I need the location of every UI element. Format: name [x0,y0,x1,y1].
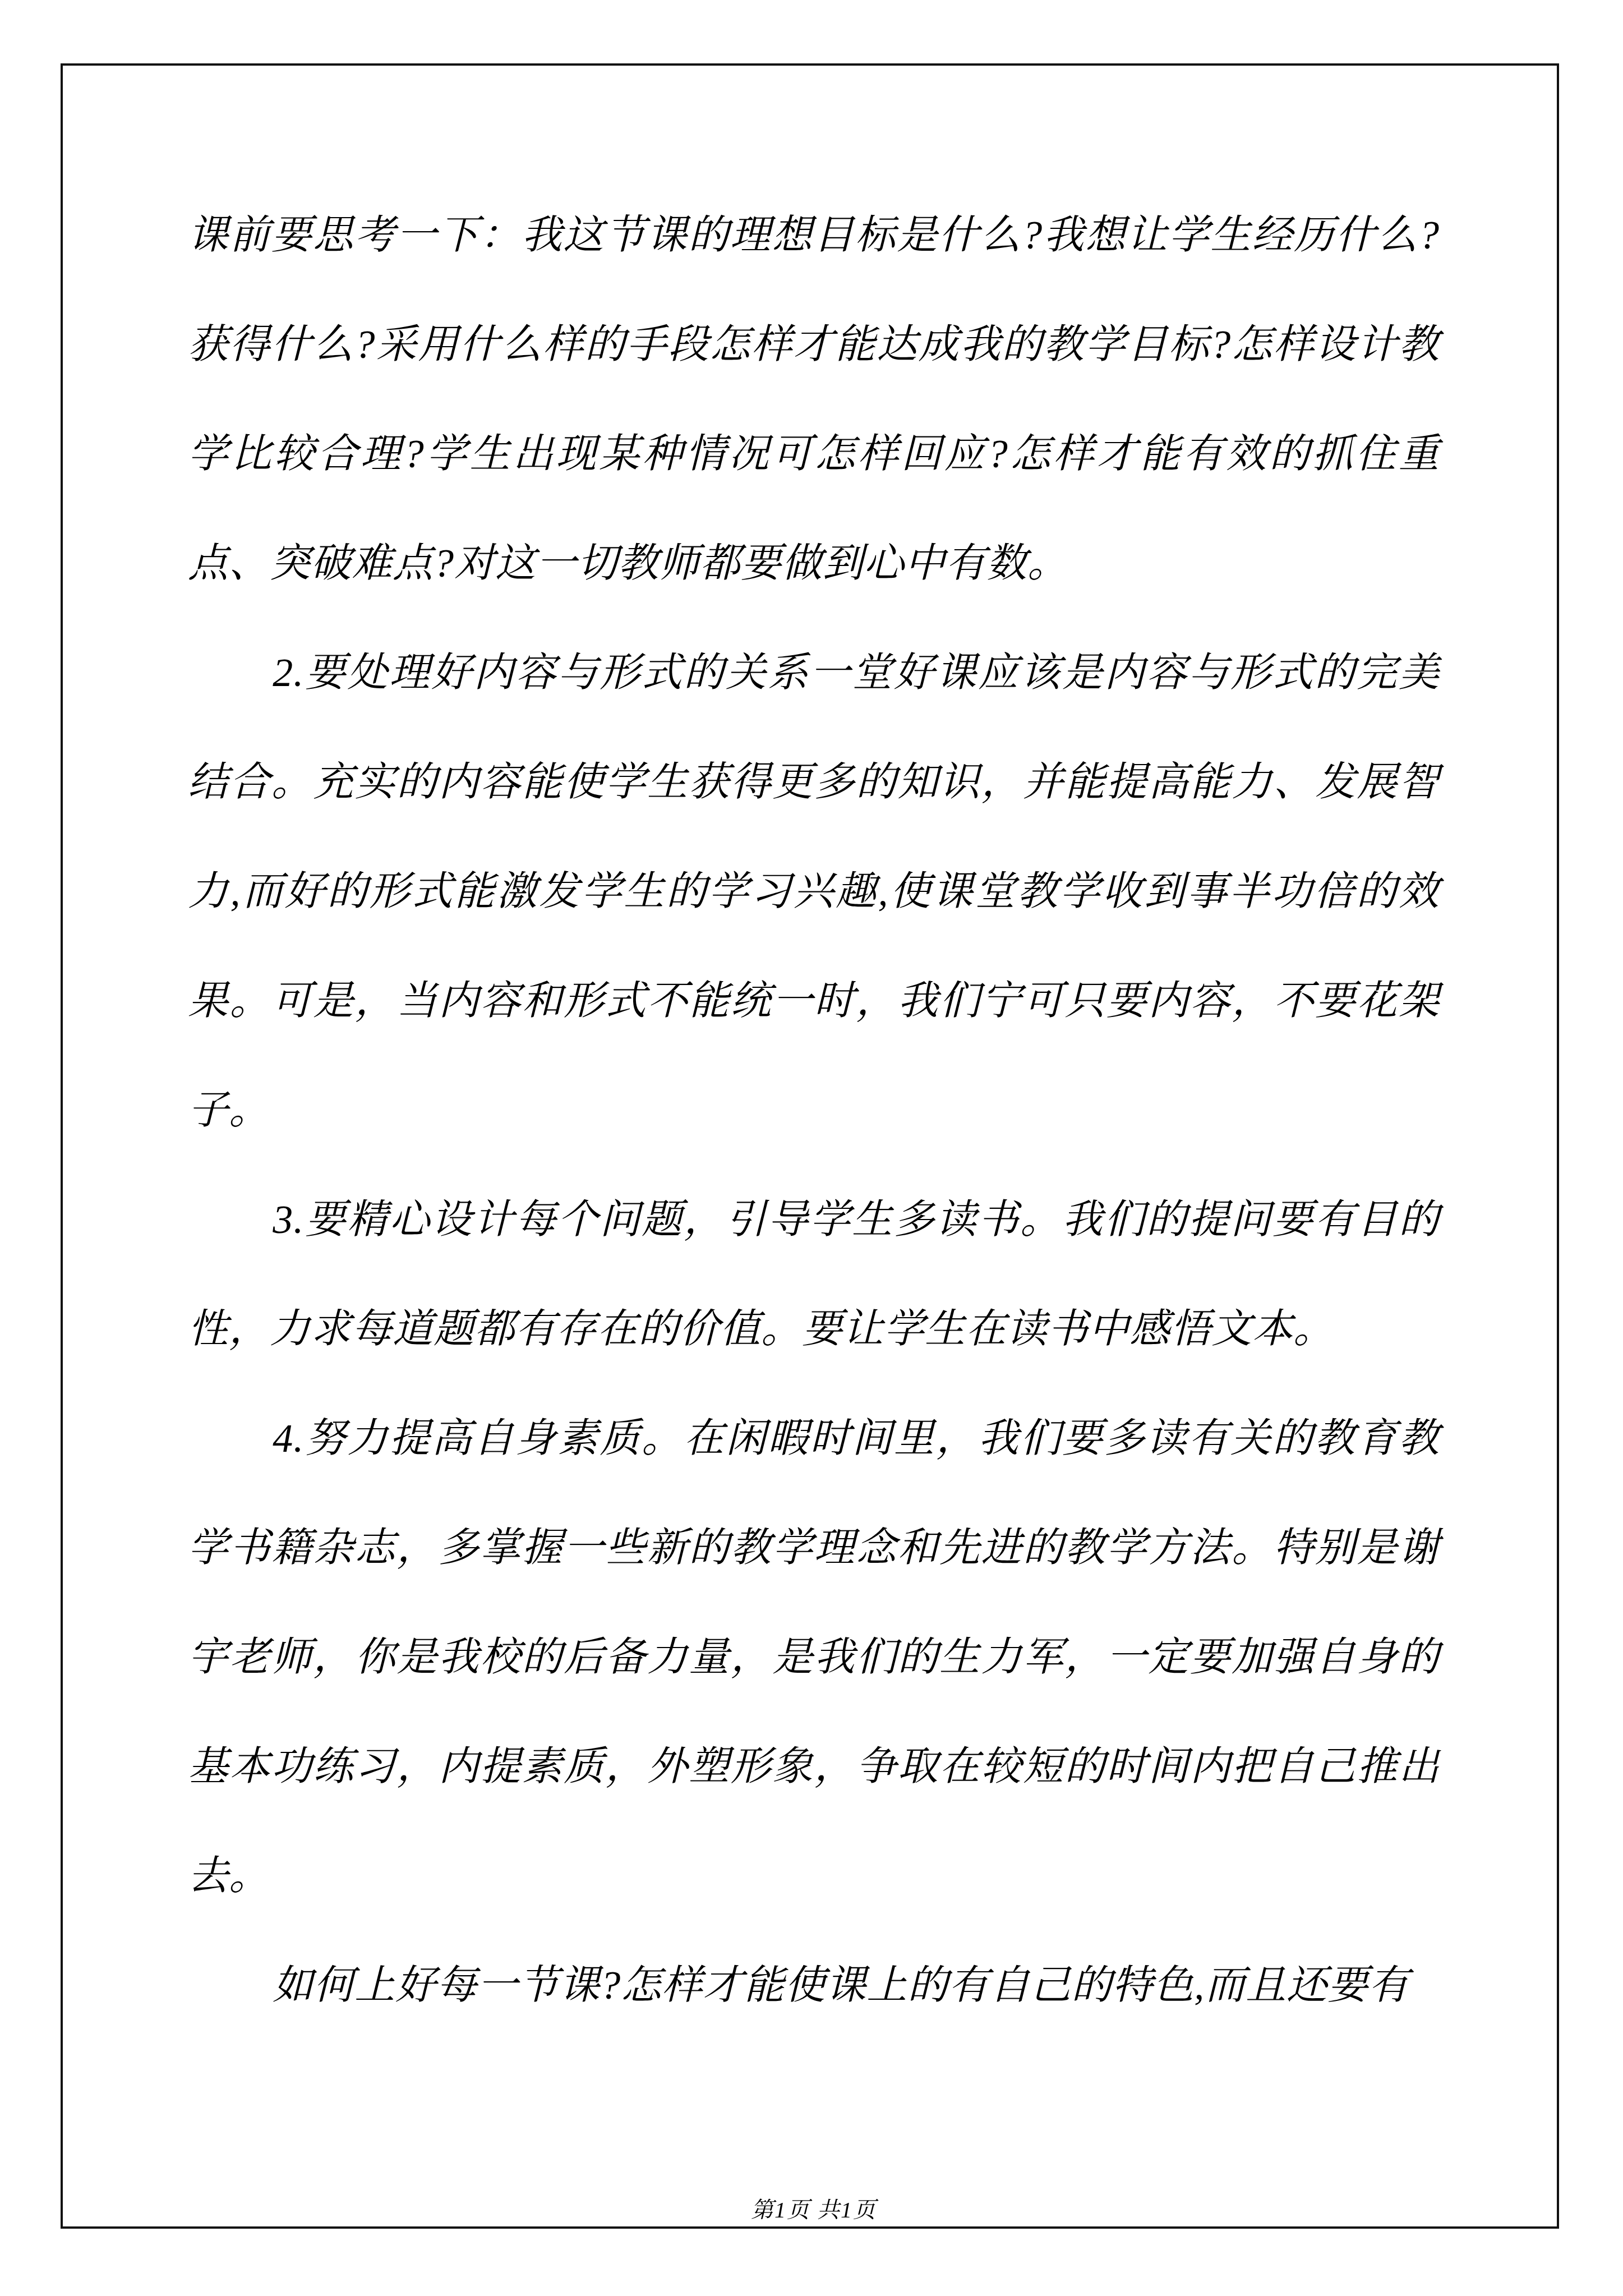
document-content: 课前要思考一下：我这节课的理想目标是什么?我想让学生经历什么?获得什么?采用什么… [188,181,1440,2040]
page-footer: 第1页 共1页 [188,2192,1440,2224]
paragraph-4: 4.努力提高自身素质。在闲暇时间里，我们要多读有关的教育教学书籍杂志，多掌握一些… [188,1384,1440,1931]
document-page: 课前要思考一下：我这节课的理想目标是什么?我想让学生经历什么?获得什么?采用什么… [0,0,1623,2296]
paragraph-2: 2.要处理好内容与形式的关系一堂好课应该是内容与形式的完美结合。充实的内容能使学… [188,618,1440,1165]
paragraph-5: 如何上好每一节课?怎样才能使课上的有自己的特色,而且还要有 [188,1931,1440,2040]
paragraph-1: 课前要思考一下：我这节课的理想目标是什么?我想让学生经历什么?获得什么?采用什么… [188,181,1440,618]
paragraph-3: 3.要精心设计每个问题，引导学生多读书。我们的提问要有目的性，力求每道题都有存在… [188,1165,1440,1384]
